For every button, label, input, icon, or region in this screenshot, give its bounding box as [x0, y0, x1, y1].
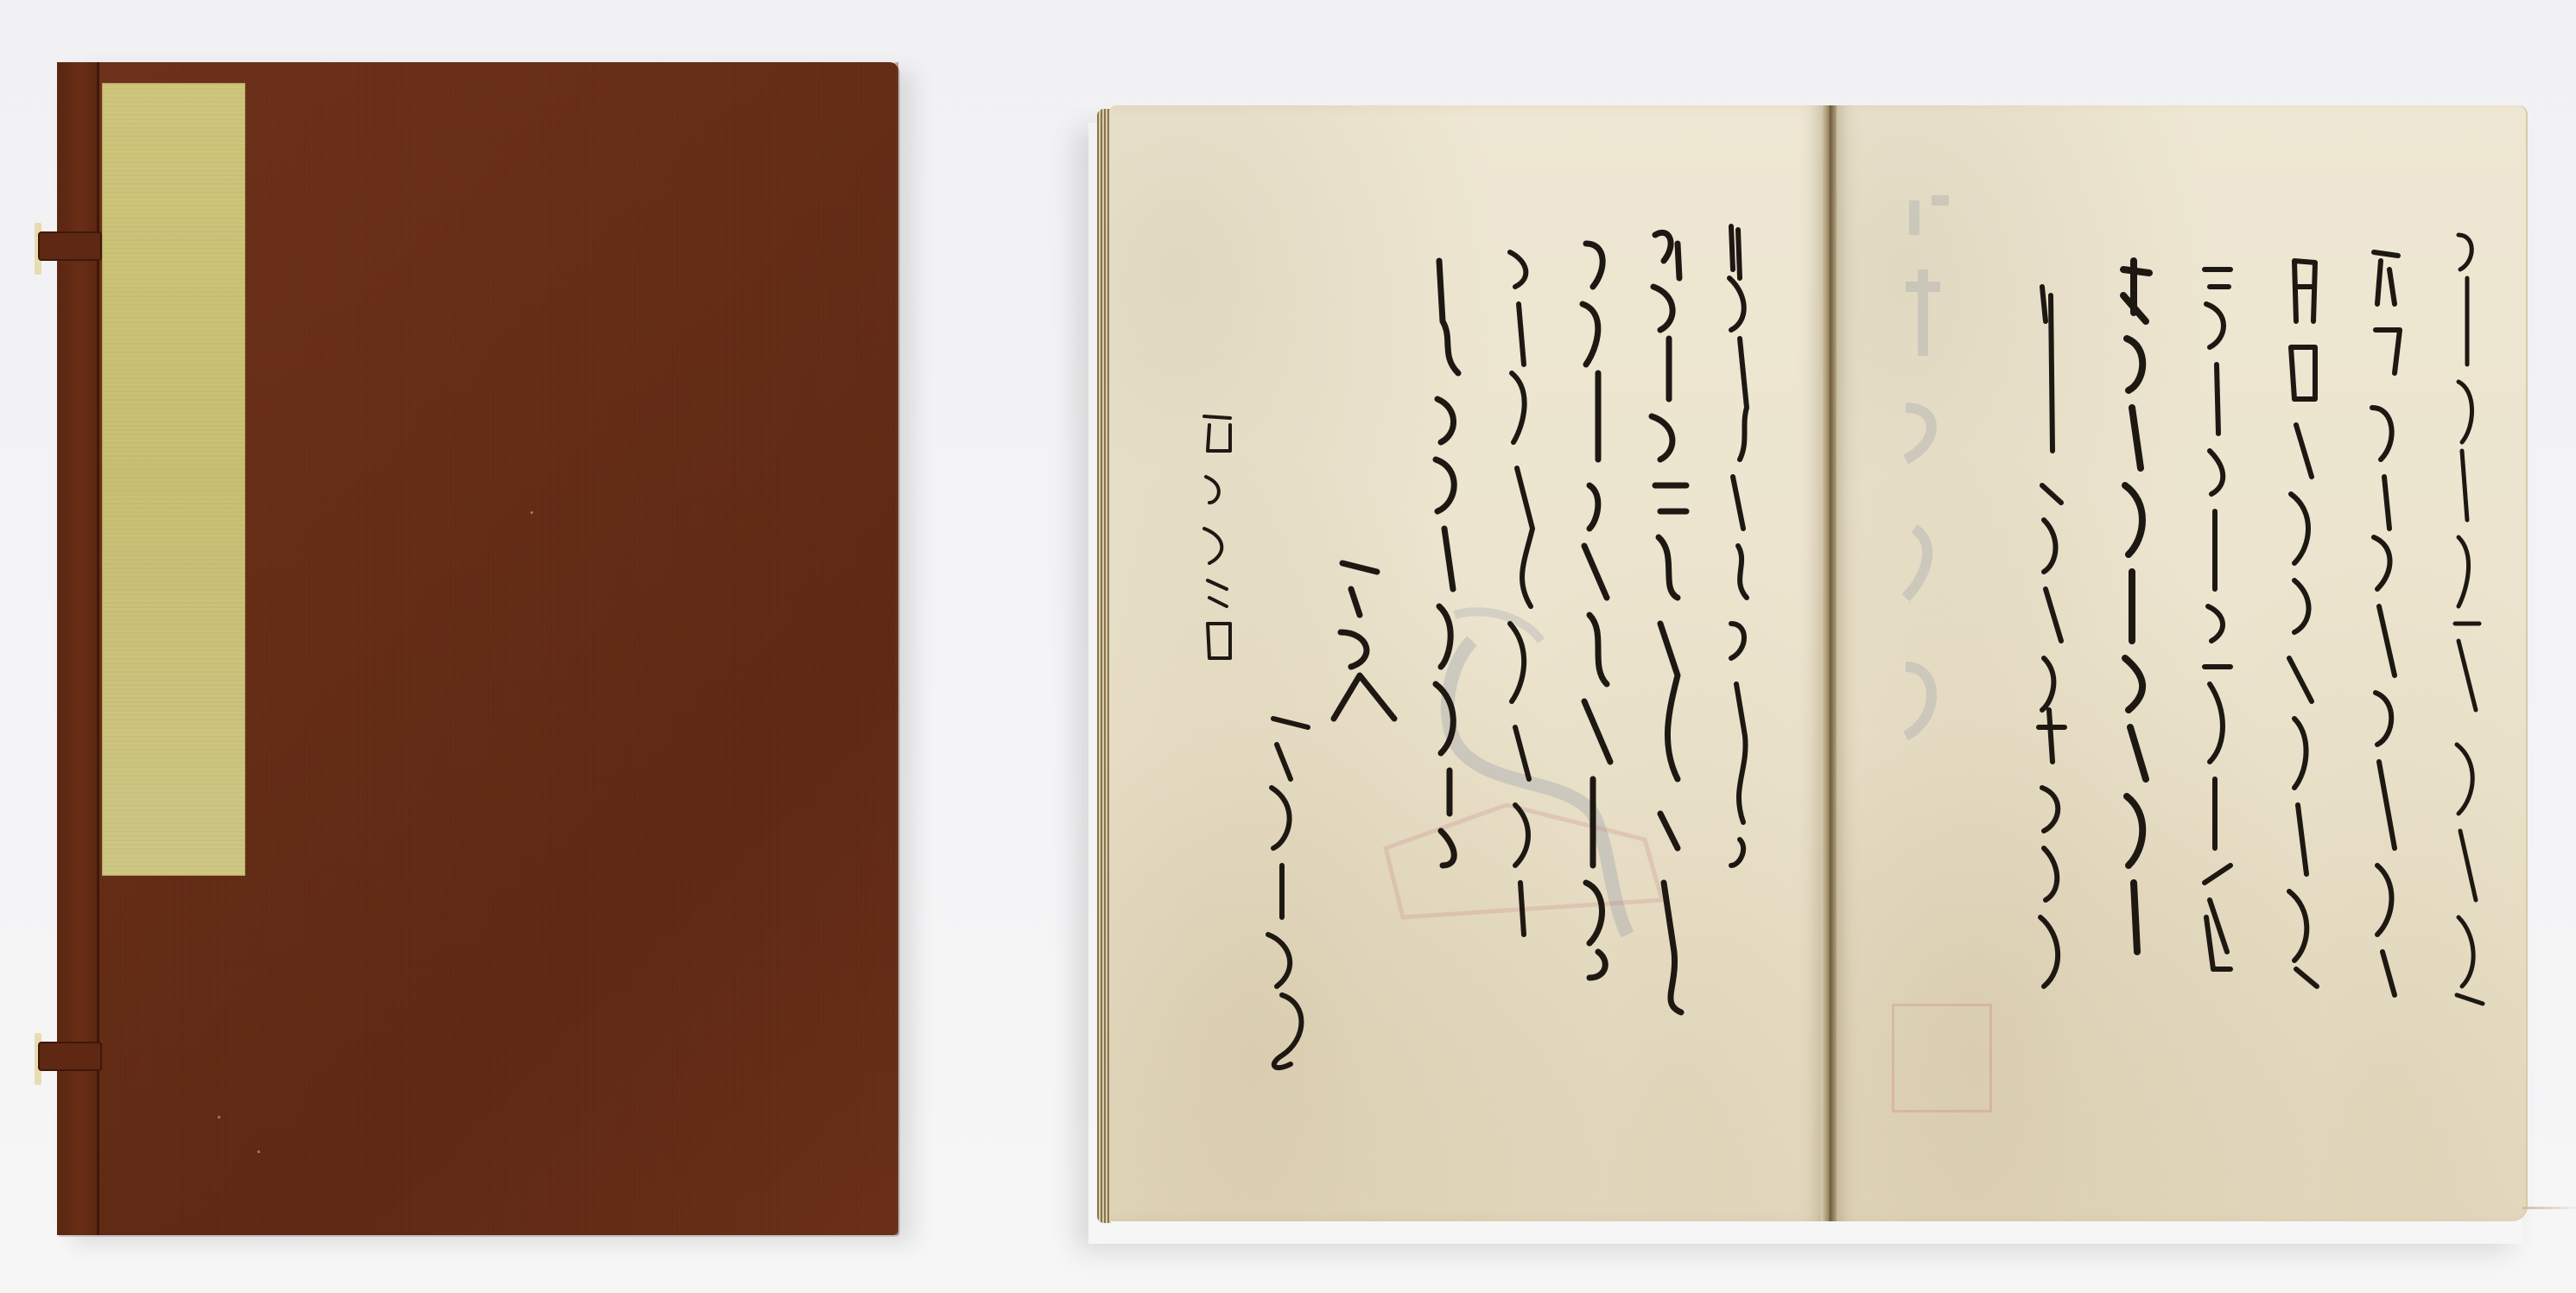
cloth-speck	[530, 511, 533, 514]
text-column-r2	[2360, 244, 2421, 1004]
cloth-speck	[257, 1150, 260, 1153]
red-seal-impression	[1892, 1004, 1992, 1112]
text-column-5	[1424, 252, 1479, 874]
text-column-2	[1643, 226, 1698, 1021]
cloth-speck	[218, 1116, 220, 1119]
text-column-1	[1714, 218, 1766, 874]
text-column-r5	[2111, 261, 2172, 986]
left-page	[1109, 105, 1823, 1221]
book-case[interactable]	[57, 62, 898, 1235]
ghost-bleed-through	[1888, 183, 2044, 788]
signature-gazan-sanjin	[1325, 555, 1403, 727]
tie-loop-top[interactable]	[38, 231, 102, 261]
case-fore-edge	[893, 62, 898, 1235]
date-line	[1192, 408, 1244, 667]
open-manuscript[interactable]	[1097, 105, 2531, 1226]
signature-name-seal	[1256, 710, 1334, 1073]
gutter	[1821, 105, 1838, 1221]
binding-thread	[2522, 1207, 2576, 1209]
right-page	[1837, 105, 2526, 1221]
text-column-r4	[2192, 261, 2253, 986]
text-column-4	[1498, 244, 1553, 952]
text-column-r1	[2441, 226, 2502, 1021]
text-column-r3	[2277, 252, 2338, 995]
tie-loop-bottom[interactable]	[38, 1042, 102, 1071]
text-column-r6	[2027, 278, 2087, 1004]
title-slip	[102, 83, 245, 876]
text-column-3	[1572, 235, 1627, 986]
